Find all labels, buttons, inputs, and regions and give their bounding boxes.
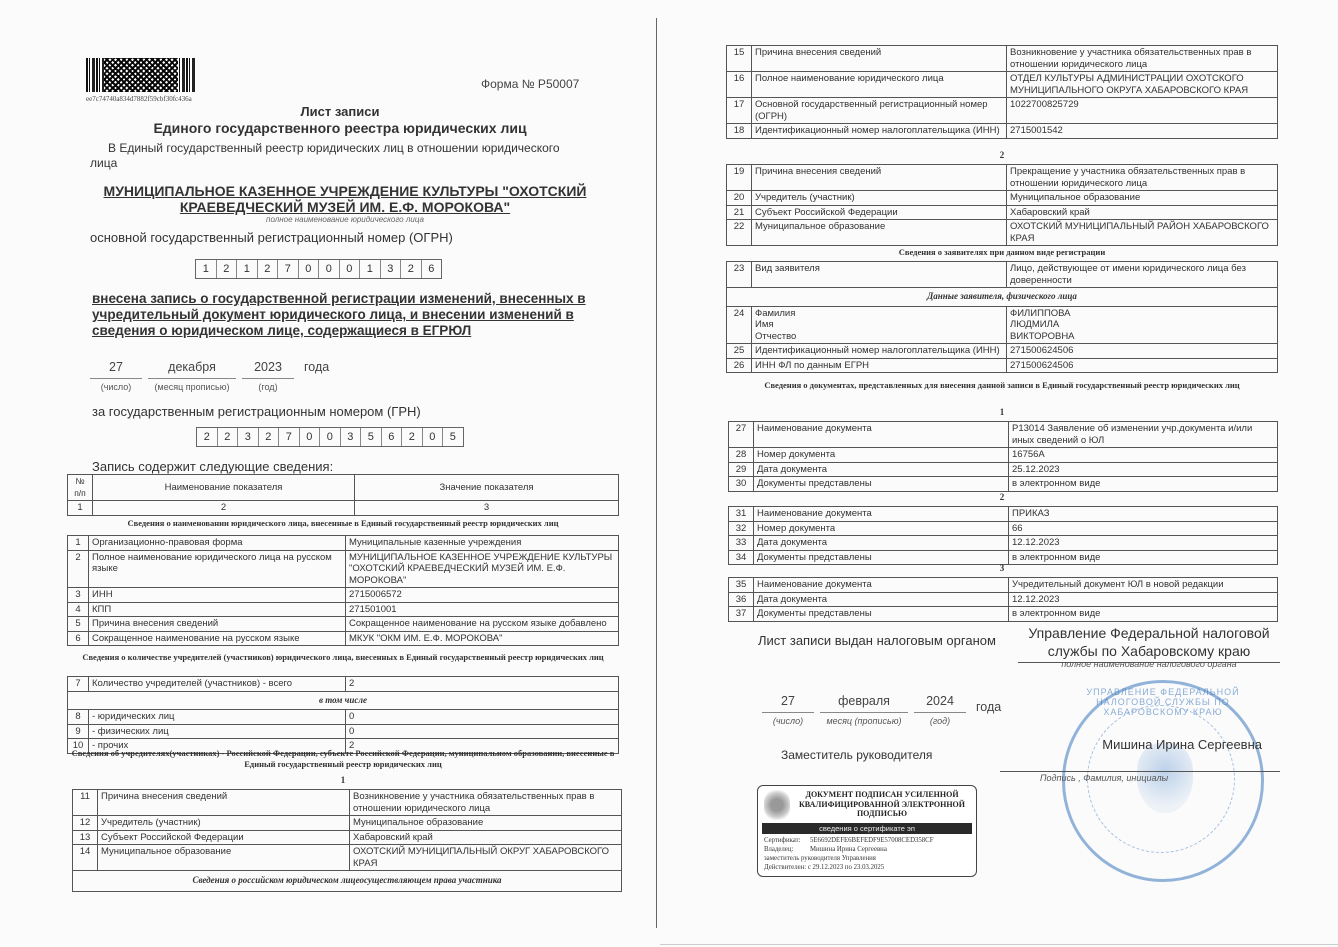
doc-2-number: 2 — [726, 492, 1278, 502]
col-index: 3 — [355, 501, 619, 516]
row-name: Номер документа — [754, 521, 1009, 536]
issue-month: февраля — [820, 694, 908, 713]
row-num: 21 — [727, 205, 752, 220]
valid-label: Действителен: — [764, 864, 806, 871]
section-documents: Сведения о документах, представленных дл… — [726, 380, 1278, 391]
year-caption: (год) — [914, 716, 966, 726]
col-index: 1 — [68, 501, 93, 516]
row-name: Основной государственный регистрационный… — [752, 98, 1007, 124]
ogrn-digit: 6 — [422, 260, 442, 278]
table-row: 16Полное наименование юридического лицаО… — [727, 72, 1278, 98]
coat-of-arms-icon — [764, 790, 790, 820]
applicant-person-label: Данные заявителя, физического лица — [727, 288, 1278, 307]
table-row: 11Причина внесения сведенийВозникновение… — [73, 790, 622, 816]
esig-title: ДОКУМЕНТ ПОДПИСАН УСИЛЕННОЙ КВАЛИФИЦИРОВ… — [792, 790, 972, 819]
ogrn-digit: 3 — [381, 260, 402, 278]
founder-1-entity-table: 15Причина внесения сведенийВозникновение… — [726, 45, 1278, 139]
founder-1-number: 1 — [67, 775, 619, 785]
row-num: 35 — [729, 578, 754, 593]
grn-digit: 6 — [382, 428, 403, 446]
name-info-table: 1Организационно-правовая формаМуниципаль… — [67, 535, 619, 646]
row-value: 0 — [346, 724, 619, 739]
row-name: Наименование документа — [754, 507, 1009, 522]
row-name: Организационно-правовая форма — [89, 536, 346, 551]
row-num: 3 — [68, 588, 89, 603]
ogrn-digit: 2 — [401, 260, 422, 278]
barcode-icon — [86, 58, 196, 92]
barcode-code: ee7c74740a834d7882f59cbf30fc436a — [86, 95, 192, 103]
table-row: 25Идентификационный номер налогоплательщ… — [727, 344, 1278, 359]
row-name: Наименование документа — [754, 578, 1009, 593]
grn-digits: 2 2 3 2 7 0 0 3 5 6 2 0 5 — [196, 427, 464, 447]
founder-2-number: 2 — [726, 150, 1278, 160]
cert-label: Сертификат: — [764, 836, 810, 845]
grn-digit: 2 — [259, 428, 280, 446]
row-value: ОТДЕЛ КУЛЬТУРЫ АДМИНИСТРАЦИИ ОХОТСКОГО М… — [1007, 72, 1278, 98]
valid-value: с 29.12.2023 по 23.03.2025 — [808, 864, 884, 871]
record-day: 27 — [90, 360, 142, 379]
org-full-name-caption: полное наименование юридического лица — [90, 215, 600, 224]
ogrn-digit: 1 — [196, 260, 217, 278]
table-row: 28Номер документа16756А — [729, 448, 1278, 463]
ogrn-digit: 2 — [258, 260, 279, 278]
grn-digit: 2 — [402, 428, 423, 446]
row-name: ИНН — [89, 588, 346, 603]
tax-organ-name: Управление Федеральной налоговой службы … — [1018, 624, 1280, 663]
row-num: 1 — [68, 536, 89, 551]
esig-details: Сертификат:5E6692DEFE6BEFEDF9E57008CED35… — [764, 836, 934, 872]
grn-digit: 2 — [218, 428, 239, 446]
row-value: в электронном виде — [1009, 477, 1278, 492]
row-value: Муниципальное образование — [1007, 191, 1278, 206]
doc-1-table: 27Наименование документаР13014 Заявление… — [728, 421, 1278, 492]
row-num: 9 — [68, 724, 89, 739]
table-row: 9- физических лиц0 — [68, 724, 619, 739]
signature-line — [1000, 771, 1280, 772]
ogrn-digit: 0 — [340, 260, 361, 278]
col-name-header: Наименование показателя — [93, 475, 355, 501]
form-number: Форма № Р50007 — [481, 77, 579, 91]
section-russian-entity: Сведения о российском юридическом лицеос… — [73, 871, 622, 892]
electronic-signature-box: ДОКУМЕНТ ПОДПИСАН УСИЛЕННОЙ КВАЛИФИЦИРОВ… — [757, 785, 977, 877]
table-row: 5Причина внесения сведенийСокращенное на… — [68, 617, 619, 632]
doc-2-table: 31Наименование документаПРИКАЗ 32Номер д… — [728, 506, 1278, 565]
table-row: 19Причина внесения сведенийПрекращение у… — [727, 165, 1278, 191]
row-value: 12.12.2023 — [1009, 592, 1278, 607]
row-num: 16 — [727, 72, 752, 98]
stamp-text: УПРАВЛЕНИЕ ФЕДЕРАЛЬНОЙ НАЛОГОВОЙ СЛУЖБЫ … — [1065, 687, 1261, 717]
grn-digit: 0 — [300, 428, 321, 446]
title-line-1: Лист записи — [0, 104, 680, 119]
table-row: 8- юридических лиц0 — [68, 710, 619, 725]
ogrn-digit: 7 — [278, 260, 299, 278]
record-month: декабря — [148, 360, 236, 379]
row-name: Наименование документа — [754, 422, 1009, 448]
section-founders-count: Сведения о количестве учредителей (участ… — [67, 652, 619, 663]
row-name: КПП — [89, 602, 346, 617]
row-name: Причина внесения сведений — [89, 617, 346, 632]
row-name: Дата документа — [754, 592, 1009, 607]
row-name: Субъект Российской Федерации — [752, 205, 1007, 220]
owner-label: Владелец: — [764, 845, 810, 854]
row-value: Муниципальное образование — [350, 816, 622, 831]
table-row: 20Учредитель (участник)Муниципальное обр… — [727, 191, 1278, 206]
grn-digit: 3 — [341, 428, 362, 446]
table-row: 24Фамилия Имя ОтчествоФИЛИППОВА ЛЮДМИЛА … — [727, 306, 1278, 344]
title-line-2: Единого государственного реестра юридиче… — [0, 120, 680, 136]
row-value: Прекращение у участника обязательственны… — [1007, 165, 1278, 191]
row-value: ФИЛИППОВА ЛЮДМИЛА ВИКТОРОВНА — [1007, 306, 1278, 344]
grn-label: за государственным регистрационным номер… — [92, 404, 421, 419]
year-caption: (год) — [242, 382, 294, 392]
table-row: 21Субъект Российской ФедерацииХабаровски… — [727, 205, 1278, 220]
table-row: 6Сокращенное наименование на русском язы… — [68, 631, 619, 646]
row-name: Дата документа — [754, 536, 1009, 551]
row-name: Идентификационный номер налогоплательщик… — [752, 124, 1007, 139]
day-caption: (число) — [90, 382, 142, 392]
table-row: 37Документы представленыв электронном ви… — [729, 607, 1278, 622]
row-value: 2 — [346, 677, 619, 692]
grn-digit: 5 — [443, 428, 463, 446]
row-num: 12 — [73, 816, 98, 831]
row-name: Фамилия Имя Отчество — [752, 306, 1007, 344]
row-num: 23 — [727, 262, 752, 288]
doc-1-number: 1 — [726, 407, 1278, 417]
row-num: 20 — [727, 191, 752, 206]
row-value: 1022700825729 — [1007, 98, 1278, 124]
month-caption: (месяц прописью) — [148, 382, 236, 392]
row-name: Количество учредителей (участников) - вс… — [89, 677, 346, 692]
row-value: МУНИЦИПАЛЬНОЕ КАЗЕННОЕ УЧРЕЖДЕНИЕ КУЛЬТУ… — [346, 550, 619, 588]
row-name: Идентификационный номер налогоплательщик… — [752, 344, 1007, 359]
row-num: 17 — [727, 98, 752, 124]
ogrn-digit: 2 — [217, 260, 238, 278]
row-num: 30 — [729, 477, 754, 492]
row-value: ПРИКАЗ — [1009, 507, 1278, 522]
section-name-info: Сведения о наименовании юридического лиц… — [67, 518, 619, 529]
row-name: Учредитель (участник) — [752, 191, 1007, 206]
ogrn-digit: 0 — [319, 260, 340, 278]
table-row: 29Дата документа25.12.2023 — [729, 462, 1278, 477]
row-name: Сокращенное наименование на русском язык… — [89, 631, 346, 646]
including-label: в том числе — [68, 691, 619, 710]
table-row: 3ИНН2715006572 — [68, 588, 619, 603]
row-num: 29 — [729, 462, 754, 477]
row-num: 24 — [727, 306, 752, 344]
section-founders-public: Сведения об учредителях(участниках) - Ро… — [67, 748, 619, 770]
row-value: 25.12.2023 — [1009, 462, 1278, 477]
row-value: Учредительный документ ЮЛ в новой редакц… — [1009, 578, 1278, 593]
row-name: Причина внесения сведений — [752, 165, 1007, 191]
grn-digit: 0 — [320, 428, 341, 446]
table-row: 31Наименование документаПРИКАЗ — [729, 507, 1278, 522]
row-num: 28 — [729, 448, 754, 463]
esig-bar: сведения о сертификате эп — [762, 823, 972, 834]
row-num: 4 — [68, 602, 89, 617]
row-value: 16756А — [1009, 448, 1278, 463]
section-applicants: Сведения о заявителях при данном виде ре… — [726, 247, 1278, 258]
issue-year: 2024 — [914, 694, 966, 713]
grn-digit: 2 — [197, 428, 218, 446]
org-full-name: МУНИЦИПАЛЬНОЕ КАЗЕННОЕ УЧРЕЖДЕНИЕ КУЛЬТУ… — [90, 183, 600, 215]
row-name: Причина внесения сведений — [98, 790, 350, 816]
ogrn-digits: 1 2 1 2 7 0 0 0 1 3 2 6 — [195, 259, 442, 279]
row-num: 32 — [729, 521, 754, 536]
grn-digit: 0 — [423, 428, 444, 446]
issue-day: 27 — [762, 694, 814, 713]
row-name: Документы представлены — [754, 477, 1009, 492]
row-num: 8 — [68, 710, 89, 725]
doc-3-number: 3 — [726, 563, 1278, 573]
row-name: Дата документа — [754, 462, 1009, 477]
row-name: - юридических лиц — [89, 710, 346, 725]
row-value: 12.12.2023 — [1009, 536, 1278, 551]
col-value-header: Значение показателя — [355, 475, 619, 501]
table-row: 27Наименование документаР13014 Заявление… — [729, 422, 1278, 448]
row-name: - физических лиц — [89, 724, 346, 739]
row-num: 36 — [729, 592, 754, 607]
signer-position: Заместитель руководителя — [781, 748, 932, 762]
row-value: Хабаровский край — [350, 830, 622, 845]
table-row: 12Учредитель (участник)Муниципальное обр… — [73, 816, 622, 831]
row-name: Полное наименование юридического лица на… — [89, 550, 346, 588]
row-value: Р13014 Заявление об изменении учр.докуме… — [1009, 422, 1278, 448]
row-value: Возникновение у участника обязательствен… — [350, 790, 622, 816]
row-value: 271500624506 — [1007, 358, 1278, 373]
grn-digit: 7 — [279, 428, 300, 446]
table-row: 36Дата документа12.12.2023 — [729, 592, 1278, 607]
row-num: 18 — [727, 124, 752, 139]
table-row: 14Муниципальное образованиеОХОТСКИЙ МУНИ… — [73, 845, 622, 871]
row-num: 13 — [73, 830, 98, 845]
row-num: 37 — [729, 607, 754, 622]
row-value: Сокращенное наименование на русском язык… — [346, 617, 619, 632]
row-num: 31 — [729, 507, 754, 522]
row-num: 14 — [73, 845, 98, 871]
record-date-suffix: года — [304, 360, 329, 374]
row-value: 271500624506 — [1007, 344, 1278, 359]
founder-1-table: 11Причина внесения сведенийВозникновение… — [72, 789, 622, 892]
record-description: внесена запись о государственной регистр… — [92, 291, 592, 339]
table-row: 4КПП271501001 — [68, 602, 619, 617]
row-num: 26 — [727, 358, 752, 373]
record-year: 2023 — [242, 360, 294, 379]
row-value: Возникновение у участника обязательствен… — [1007, 46, 1278, 72]
cert-value: 5E6692DEFE6BEFEDF9E57008CED358CF — [810, 837, 934, 844]
ogrn-digit: 1 — [237, 260, 258, 278]
grn-digit: 5 — [361, 428, 382, 446]
founder-2-table: 19Причина внесения сведенийПрекращение у… — [726, 164, 1278, 246]
row-num: 27 — [729, 422, 754, 448]
row-value: Лицо, действующее от имени юридического … — [1007, 262, 1278, 288]
row-value: 2715001542 — [1007, 124, 1278, 139]
table-row: 22Муниципальное образованиеОХОТСКИЙ МУНИ… — [727, 220, 1278, 246]
row-num: 22 — [727, 220, 752, 246]
row-name: Номер документа — [754, 448, 1009, 463]
row-value: в электронном виде — [1009, 607, 1278, 622]
row-num: 2 — [68, 550, 89, 588]
row-name: Причина внесения сведений — [752, 46, 1007, 72]
table-row: 2Полное наименование юридического лица н… — [68, 550, 619, 588]
table-row: 32Номер документа66 — [729, 521, 1278, 536]
row-name: Вид заявителя — [752, 262, 1007, 288]
row-value: 0 — [346, 710, 619, 725]
table-row: 1Организационно-правовая формаМуниципаль… — [68, 536, 619, 551]
row-name: Муниципальное образование — [752, 220, 1007, 246]
row-num: 19 — [727, 165, 752, 191]
row-name: Субъект Российской Федерации — [98, 830, 350, 845]
row-num: 5 — [68, 617, 89, 632]
row-value: ОХОТСКИЙ МУНИЦИПАЛЬНЫЙ РАЙОН ХАБАРОВСКОГ… — [1007, 220, 1278, 246]
table-row: 30Документы представленыв электронном ви… — [729, 477, 1278, 492]
doc-3-table: 35Наименование документаУчредительный до… — [728, 577, 1278, 622]
row-name: Муниципальное образование — [98, 845, 350, 871]
applicant-table: 23Вид заявителяЛицо, действующее от имен… — [726, 261, 1278, 373]
row-value: ОХОТСКИЙ МУНИЦИПАЛЬНЫЙ ОКРУГ ХАБАРОВСКОГ… — [350, 845, 622, 871]
table-row: 23Вид заявителяЛицо, действующее от имен… — [727, 262, 1278, 288]
day-caption: (число) — [762, 716, 814, 726]
col-num-header: № п/п — [68, 475, 93, 501]
founders-count-table: 7Количество учредителей (участников) - в… — [67, 676, 619, 754]
col-index: 2 — [93, 501, 355, 516]
row-num: 15 — [727, 46, 752, 72]
ogrn-digit: 0 — [299, 260, 320, 278]
row-value: Хабаровский край — [1007, 205, 1278, 220]
table-row: 35Наименование документаУчредительный до… — [729, 578, 1278, 593]
ogrn-digit: 1 — [360, 260, 381, 278]
table-row: 7Количество учредителей (участников) - в… — [68, 677, 619, 692]
row-num: 6 — [68, 631, 89, 646]
signer-name: Мишина Ирина Сергеевна — [1000, 737, 1262, 753]
row-num: 7 — [68, 677, 89, 692]
issued-by-label: Лист записи выдан налоговым органом — [758, 633, 996, 648]
owner-position: заместитель руководителя Управления — [764, 855, 876, 862]
table-row: 17Основной государственный регистрационн… — [727, 98, 1278, 124]
row-num: 11 — [73, 790, 98, 816]
table-row: 13Субъект Российской ФедерацииХабаровски… — [73, 830, 622, 845]
row-name: Полное наименование юридического лица — [752, 72, 1007, 98]
row-value: Муниципальные казенные учреждения — [346, 536, 619, 551]
row-value: 2715006572 — [346, 588, 619, 603]
row-name: Учредитель (участник) — [98, 816, 350, 831]
row-value: 271501001 — [346, 602, 619, 617]
table-row: 33Дата документа12.12.2023 — [729, 536, 1278, 551]
header-table: № п/п Наименование показателя Значение п… — [67, 474, 619, 516]
tax-organ-caption: полное наименование налогового органа — [1018, 659, 1280, 669]
issue-date: 27(число) февралямесяц (прописью) 2024(г… — [762, 694, 1001, 726]
owner-value: Мишина Ирина Сергеевна — [810, 846, 887, 853]
table-row: 18Идентификационный номер налогоплательщ… — [727, 124, 1278, 139]
month-caption: месяц (прописью) — [820, 716, 908, 726]
table-row: 15Причина внесения сведенийВозникновение… — [727, 46, 1278, 72]
row-value: 66 — [1009, 521, 1278, 536]
row-num: 25 — [727, 344, 752, 359]
row-name: ИНН ФЛ по данным ЕГРН — [752, 358, 1007, 373]
contains-label: Запись содержит следующие сведения: — [92, 459, 333, 474]
grn-digit: 3 — [238, 428, 259, 446]
row-num: 33 — [729, 536, 754, 551]
intro-text: В Единый государственный реестр юридичес… — [90, 141, 570, 171]
record-date: 27(число) декабря(месяц прописью) 2023(г… — [90, 360, 329, 392]
issue-date-suffix: года — [976, 700, 1001, 714]
ogrn-label: основной государственный регистрационный… — [90, 230, 453, 245]
table-row: 26ИНН ФЛ по данным ЕГРН271500624506 — [727, 358, 1278, 373]
signature-caption: Подпись , Фамилия, инициалы — [1040, 773, 1168, 783]
left-page: ee7c74740a834d7882f59cbf30fc436a Форма №… — [0, 0, 655, 947]
row-value: МКУК "ОКМ ИМ. Е.Ф. МОРОКОВА" — [346, 631, 619, 646]
row-name: Документы представлены — [754, 607, 1009, 622]
